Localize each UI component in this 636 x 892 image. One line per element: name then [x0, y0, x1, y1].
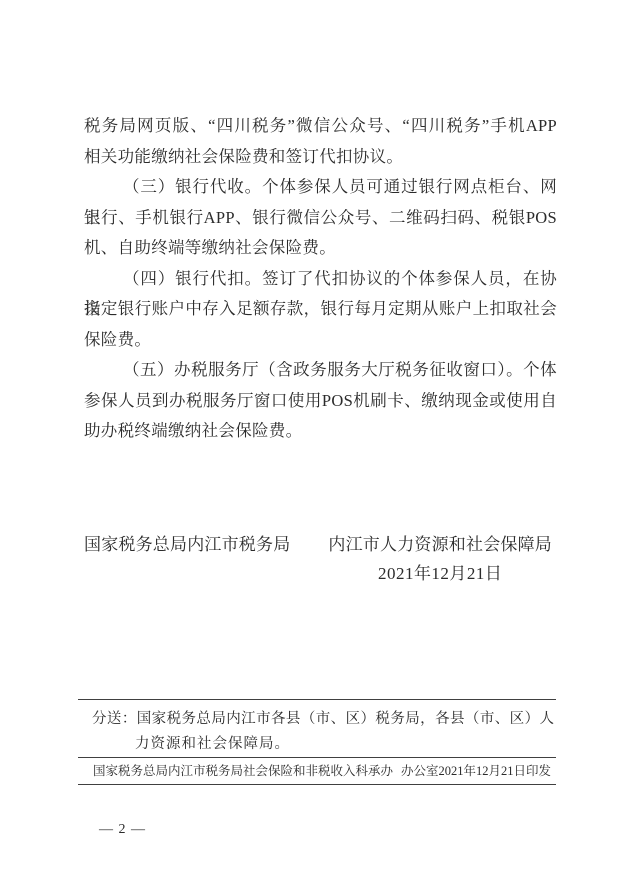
distribution-line-2: 力资源和社会保障局。	[78, 732, 556, 757]
body-line: 助办税终端缴纳社会保险费。	[84, 416, 557, 447]
issuance-line: 国家税务总局内江市税务局社会保险和非税收入科承办 办公室2021年12月21日印…	[78, 758, 556, 785]
body-line: 税务局网页版、“四川税务”微信公众号、“四川税务”手机APP	[84, 111, 557, 142]
body-line: 参保人员到办税服务厅窗口使用POS机刷卡、缴纳现金或使用自	[84, 386, 557, 417]
signature-left-org: 国家税务总局内江市税务局	[84, 530, 290, 559]
page-number: — 2 —	[99, 822, 146, 838]
issuance-printed: 办公室2021年12月21日印发	[401, 758, 551, 785]
footer-rule-top	[78, 699, 556, 700]
signature-date: 2021年12月21日	[328, 559, 552, 588]
body-line: （四）银行代扣。签订了代扣协议的个体参保人员，在协议	[84, 264, 557, 295]
body-line: 机、自助终端等缴纳社会保险费。	[84, 233, 557, 264]
signature-right-org: 内江市人力资源和社会保障局	[328, 530, 552, 559]
body-line: 相关功能缴纳社会保险费和签订代扣协议。	[84, 142, 557, 173]
distribution-text-1: 国家税务总局内江市各县（市、区）税务局，各县（市、区）人	[137, 711, 554, 727]
footer-box: 分送：国家税务总局内江市各县（市、区）税务局，各县（市、区）人 力资源和社会保障…	[78, 699, 556, 785]
body-text: 税务局网页版、“四川税务”微信公众号、“四川税务”手机APP相关功能缴纳社会保险…	[84, 111, 557, 447]
issuance-undertaker: 国家税务总局内江市税务局社会保险和非税收入科承办	[93, 758, 393, 785]
body-line: （三）银行代收。个体参保人员可通过银行网点柜台、网上	[84, 172, 557, 203]
distribution-line-1: 分送：国家税务总局内江市各县（市、区）税务局，各县（市、区）人	[78, 707, 556, 732]
body-line: 指定银行账户中存入足额存款，银行每月定期从账户上扣取社会	[84, 294, 557, 325]
body-line: 保险费。	[84, 325, 557, 356]
distribution-label: 分送：	[92, 711, 137, 727]
document-page: 税务局网页版、“四川税务”微信公众号、“四川税务”手机APP相关功能缴纳社会保险…	[0, 0, 636, 892]
body-line: 银行、手机银行APP、银行微信公众号、二维码扫码、税银POS	[84, 203, 557, 234]
body-line: （五）办税服务厅（含政务服务大厅税务征收窗口）。个体	[84, 355, 557, 386]
signature-block: 国家税务总局内江市税务局 内江市人力资源和社会保障局 2021年12月21日	[84, 530, 557, 588]
footer-rule-bottom	[78, 784, 556, 785]
